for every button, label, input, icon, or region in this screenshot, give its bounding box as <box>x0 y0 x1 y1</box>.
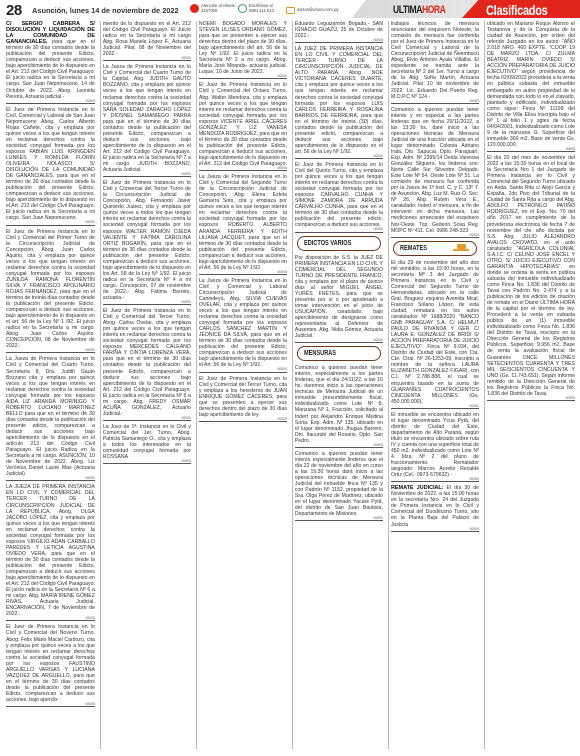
ad-code: 00000 <box>374 442 383 448</box>
classified-ad: miento de lo dispuesto en el Art. 212 de… <box>103 21 191 61</box>
classified-ad: El día 20 del mes de noviembre del 2022 … <box>487 155 575 401</box>
column-1: C/ SERGIO CABRERA S/ DISOLUCIÓN Y LIQUID… <box>4 21 97 749</box>
classified-ad: El Juez de Primera Instancia en lo Civil… <box>103 180 191 305</box>
ad-code: 00000 <box>277 269 286 275</box>
contact-value: 4157000 <box>201 8 217 13</box>
ad-body: El Juez de Primera Instancia en lo Civil… <box>6 624 95 703</box>
ad-body: trabajos técnicos de mensura anunciarán … <box>391 21 479 100</box>
customer-service-contact[interactable]: Atención al cliente: 4157000 <box>190 4 236 13</box>
section-header: EDICTOS VARIOS <box>297 236 381 251</box>
ad-body: El Juez de Primera Instancia en lo Civil… <box>6 107 95 222</box>
page-header: 28 Asunción, lunes 14 de noviembre de 20… <box>0 0 580 18</box>
ad-body: La Jueza de Primera Instancia en lo Civi… <box>6 356 95 477</box>
phone-icon <box>190 4 199 13</box>
ad-body: ubicado en Mariano Roque Alonso e/ Testa… <box>487 21 575 148</box>
ad-code: 00000 <box>181 458 190 464</box>
classified-ad: Comunico a quienes puedan tener interés,… <box>295 365 383 448</box>
ad-code: 00000 <box>85 219 94 225</box>
classified-ad: El Juez de Primera Instancia en lo Civil… <box>6 229 95 354</box>
gavel-icon <box>452 243 470 253</box>
ad-body: miento de lo dispuesto en el Art. 212 de… <box>103 21 191 57</box>
classified-ad: Eduardo Leguizamón Bogado.- SAN IGNACIO … <box>295 21 383 43</box>
column-4: Eduardo Leguizamón Bogado.- SAN IGNACIO … <box>292 21 385 749</box>
ad-body: El día 20 del mes de noviembre del 2022 … <box>487 155 575 397</box>
column-5: trabajos técnicos de mensura anunciarán … <box>388 21 481 749</box>
column-3: NOEMI BOGADO MORALES Y STEVEN ULISES ORD… <box>196 21 289 749</box>
ad-code: 00000 <box>181 299 190 305</box>
ad-body: El Juez de Primera Instancia en lo Civil… <box>103 308 191 417</box>
classified-ad: El Juez de Primera Instancia en lo Civil… <box>6 624 95 707</box>
classifieds-columns: C/ SERGIO CABRERA S/ DISOLUCIÓN Y LIQUID… <box>4 21 577 749</box>
ad-body: El día 30 de Noviembre de 2022, a las 15… <box>391 485 479 527</box>
ad-code: 00000 <box>566 395 575 401</box>
ad-body: Comunico a quienes puedan tener interés … <box>295 451 383 517</box>
page-number: 28 <box>6 2 22 19</box>
whatsapp-contact[interactable]: Escribinos al 0981 111 013 <box>238 4 274 13</box>
ad-body: El Juez de Primera Instancia en lo Civil… <box>6 229 95 350</box>
ad-code: 00000 <box>277 73 286 79</box>
ad-body: El Juez de Primera Instancia en lo Civil… <box>295 162 383 228</box>
section-title: Clasificados <box>486 2 548 18</box>
ad-body: La Jueza de Primera Instancia en lo Civi… <box>199 174 287 271</box>
whatsapp-icon <box>238 4 247 13</box>
ad-code: 00000 <box>470 403 479 409</box>
classified-ad: C/ SERGIO CABRERA S/ DISOLUCIÓN Y LIQUID… <box>6 21 95 104</box>
classified-ad: El Juez de Primera Instancia en lo Civil… <box>103 308 191 421</box>
email-contact[interactable]: avisos@uhora.com.py <box>286 7 339 14</box>
ad-body: La Juez de 1ª. Instancia en lo Civil y C… <box>103 424 191 460</box>
classified-ad: Comunico a quienes puedan tener interés … <box>295 451 383 522</box>
ad-body: LA JUEZA DE PRIMERA INSTANCIA EN LO CIVI… <box>6 484 95 617</box>
section-label: REMATES <box>400 245 427 252</box>
classified-ad: LA JUEZA DE PRIMERA INSTANCIA EN LO CIVI… <box>6 484 95 621</box>
classified-ad: El Juez de Primera Instancia en lo Civil… <box>199 82 287 171</box>
ad-body: La Jueza de Primera Instancia en lo Civi… <box>103 64 191 173</box>
ad-body: LA JUEZ DE PRIMERA INSTANCIA EN LO CIVIL… <box>295 46 383 155</box>
ad-code: 00000 <box>277 416 286 422</box>
ad-body: El día 29 de noviembre del año dos mil v… <box>391 260 479 405</box>
ad-code: 00000 <box>374 515 383 521</box>
ad-body: Eduardo Leguizamón Bogado.- SAN IGNACIO … <box>295 21 383 39</box>
section-header: MENSURAS <box>297 346 381 361</box>
classified-ad: El día 29 de noviembre del año dos mil v… <box>391 260 479 409</box>
ad-code: 00000 <box>470 526 479 532</box>
ad-code: 00000 <box>85 347 94 353</box>
ad-code: 00000 <box>470 232 479 238</box>
ad-code: 00000 <box>374 337 383 343</box>
ad-body: El Juez de Primera Instancia en lo Civil… <box>199 82 287 167</box>
ad-body: El inmueble se encuentra ubicado en el l… <box>391 412 479 478</box>
classified-ad: Comunico a quienes puedan tener interés … <box>391 107 479 238</box>
classified-ad: La Jueza de Primera Instancia en lo Civi… <box>6 356 95 481</box>
section-label: EDICTOS VARIOS <box>304 240 351 247</box>
classified-ad: El Juez de Primera Instancia en lo Civil… <box>199 376 287 422</box>
page-footer <box>0 749 580 756</box>
ad-body: El Juez de Primera Instancia en lo Civil… <box>103 180 191 301</box>
ad-body: NOEMI BOGADO MORALES Y STEVEN ULISES ORD… <box>199 21 287 75</box>
ad-code: 00000 <box>181 171 190 177</box>
classified-ad: REMATE JUDICIAL: El día 30 de Noviembre … <box>391 485 479 531</box>
issue-date: Asunción, lunes 14 de noviembre de 2022 <box>32 6 179 15</box>
column-2: miento de lo dispuesto en el Art. 212 de… <box>100 21 193 749</box>
ad-code: 00000 <box>181 415 190 421</box>
ad-body: El Juez de Primera Instancia en lo Civil… <box>199 376 287 418</box>
column-6: ubicado en Mariano Roque Alonso e/ Testa… <box>484 21 577 749</box>
classified-ad: El inmueble se encuentra ubicado en el l… <box>391 412 479 483</box>
contact-value: avisos@uhora.com.py <box>297 8 339 13</box>
ad-code: 00000 <box>470 98 479 104</box>
ad-code: 00000 <box>85 701 94 707</box>
ad-code: 00000 <box>374 37 383 43</box>
ad-code: 00000 <box>470 476 479 482</box>
classified-ad: La Jueza de Primera Instancia en lo Civi… <box>199 174 287 275</box>
ad-body: Comunico a quienes puedan tener interés,… <box>295 365 383 444</box>
ad-code: 00000 <box>85 475 94 481</box>
ad-code: 00000 <box>374 226 383 232</box>
newspaper-logo: ULTIMAHORA <box>393 4 445 16</box>
classified-ad: trabajos técnicos de mensura anunciarán … <box>391 21 479 104</box>
classified-ad: La Jueza de Primera Instancia en lo Civi… <box>199 278 287 373</box>
ad-body: Por disposición de S.S. la JUEZ DE PRIME… <box>295 255 383 340</box>
classified-ad: El Juez de Primera Instancia en lo Civil… <box>6 107 95 226</box>
section-header: REMATES <box>393 241 477 256</box>
contact-value: 0981 111 013 <box>249 8 274 13</box>
classified-ad: La Jueza de Primera Instancia en lo Civi… <box>103 64 191 177</box>
email-icon <box>286 7 295 14</box>
ad-code: 00000 <box>277 165 286 171</box>
classified-ad: LA JUEZ DE PRIMERA INSTANCIA EN LO CIVIL… <box>295 46 383 159</box>
ad-code: 00000 <box>85 98 94 104</box>
classified-ad: La Juez de 1ª. Instancia en lo Civil y C… <box>103 424 191 464</box>
ad-code: 00000 <box>374 153 383 159</box>
classified-ad: Por disposición de S.S. la JUEZ DE PRIME… <box>295 255 383 344</box>
classified-ad: El Juez de Primera Instancia en lo Civil… <box>295 162 383 233</box>
classified-ad: NOEMI BOGADO MORALES Y STEVEN ULISES ORD… <box>199 21 287 79</box>
ad-body: Comunico a quienes puedan tener interés … <box>391 107 479 234</box>
ad-body: La Jueza de Primera Instancia en lo Civi… <box>199 278 287 369</box>
ad-body: para que en el término de 30 días contad… <box>6 39 95 99</box>
classified-ad: ubicado en Mariano Roque Alonso e/ Testa… <box>487 21 575 152</box>
ad-code: 00000 <box>566 146 575 152</box>
ad-code: 00000 <box>181 55 190 61</box>
ad-code: 00000 <box>277 366 286 372</box>
section-label: MENSURAS <box>304 350 336 357</box>
ad-code: 00000 <box>85 615 94 621</box>
